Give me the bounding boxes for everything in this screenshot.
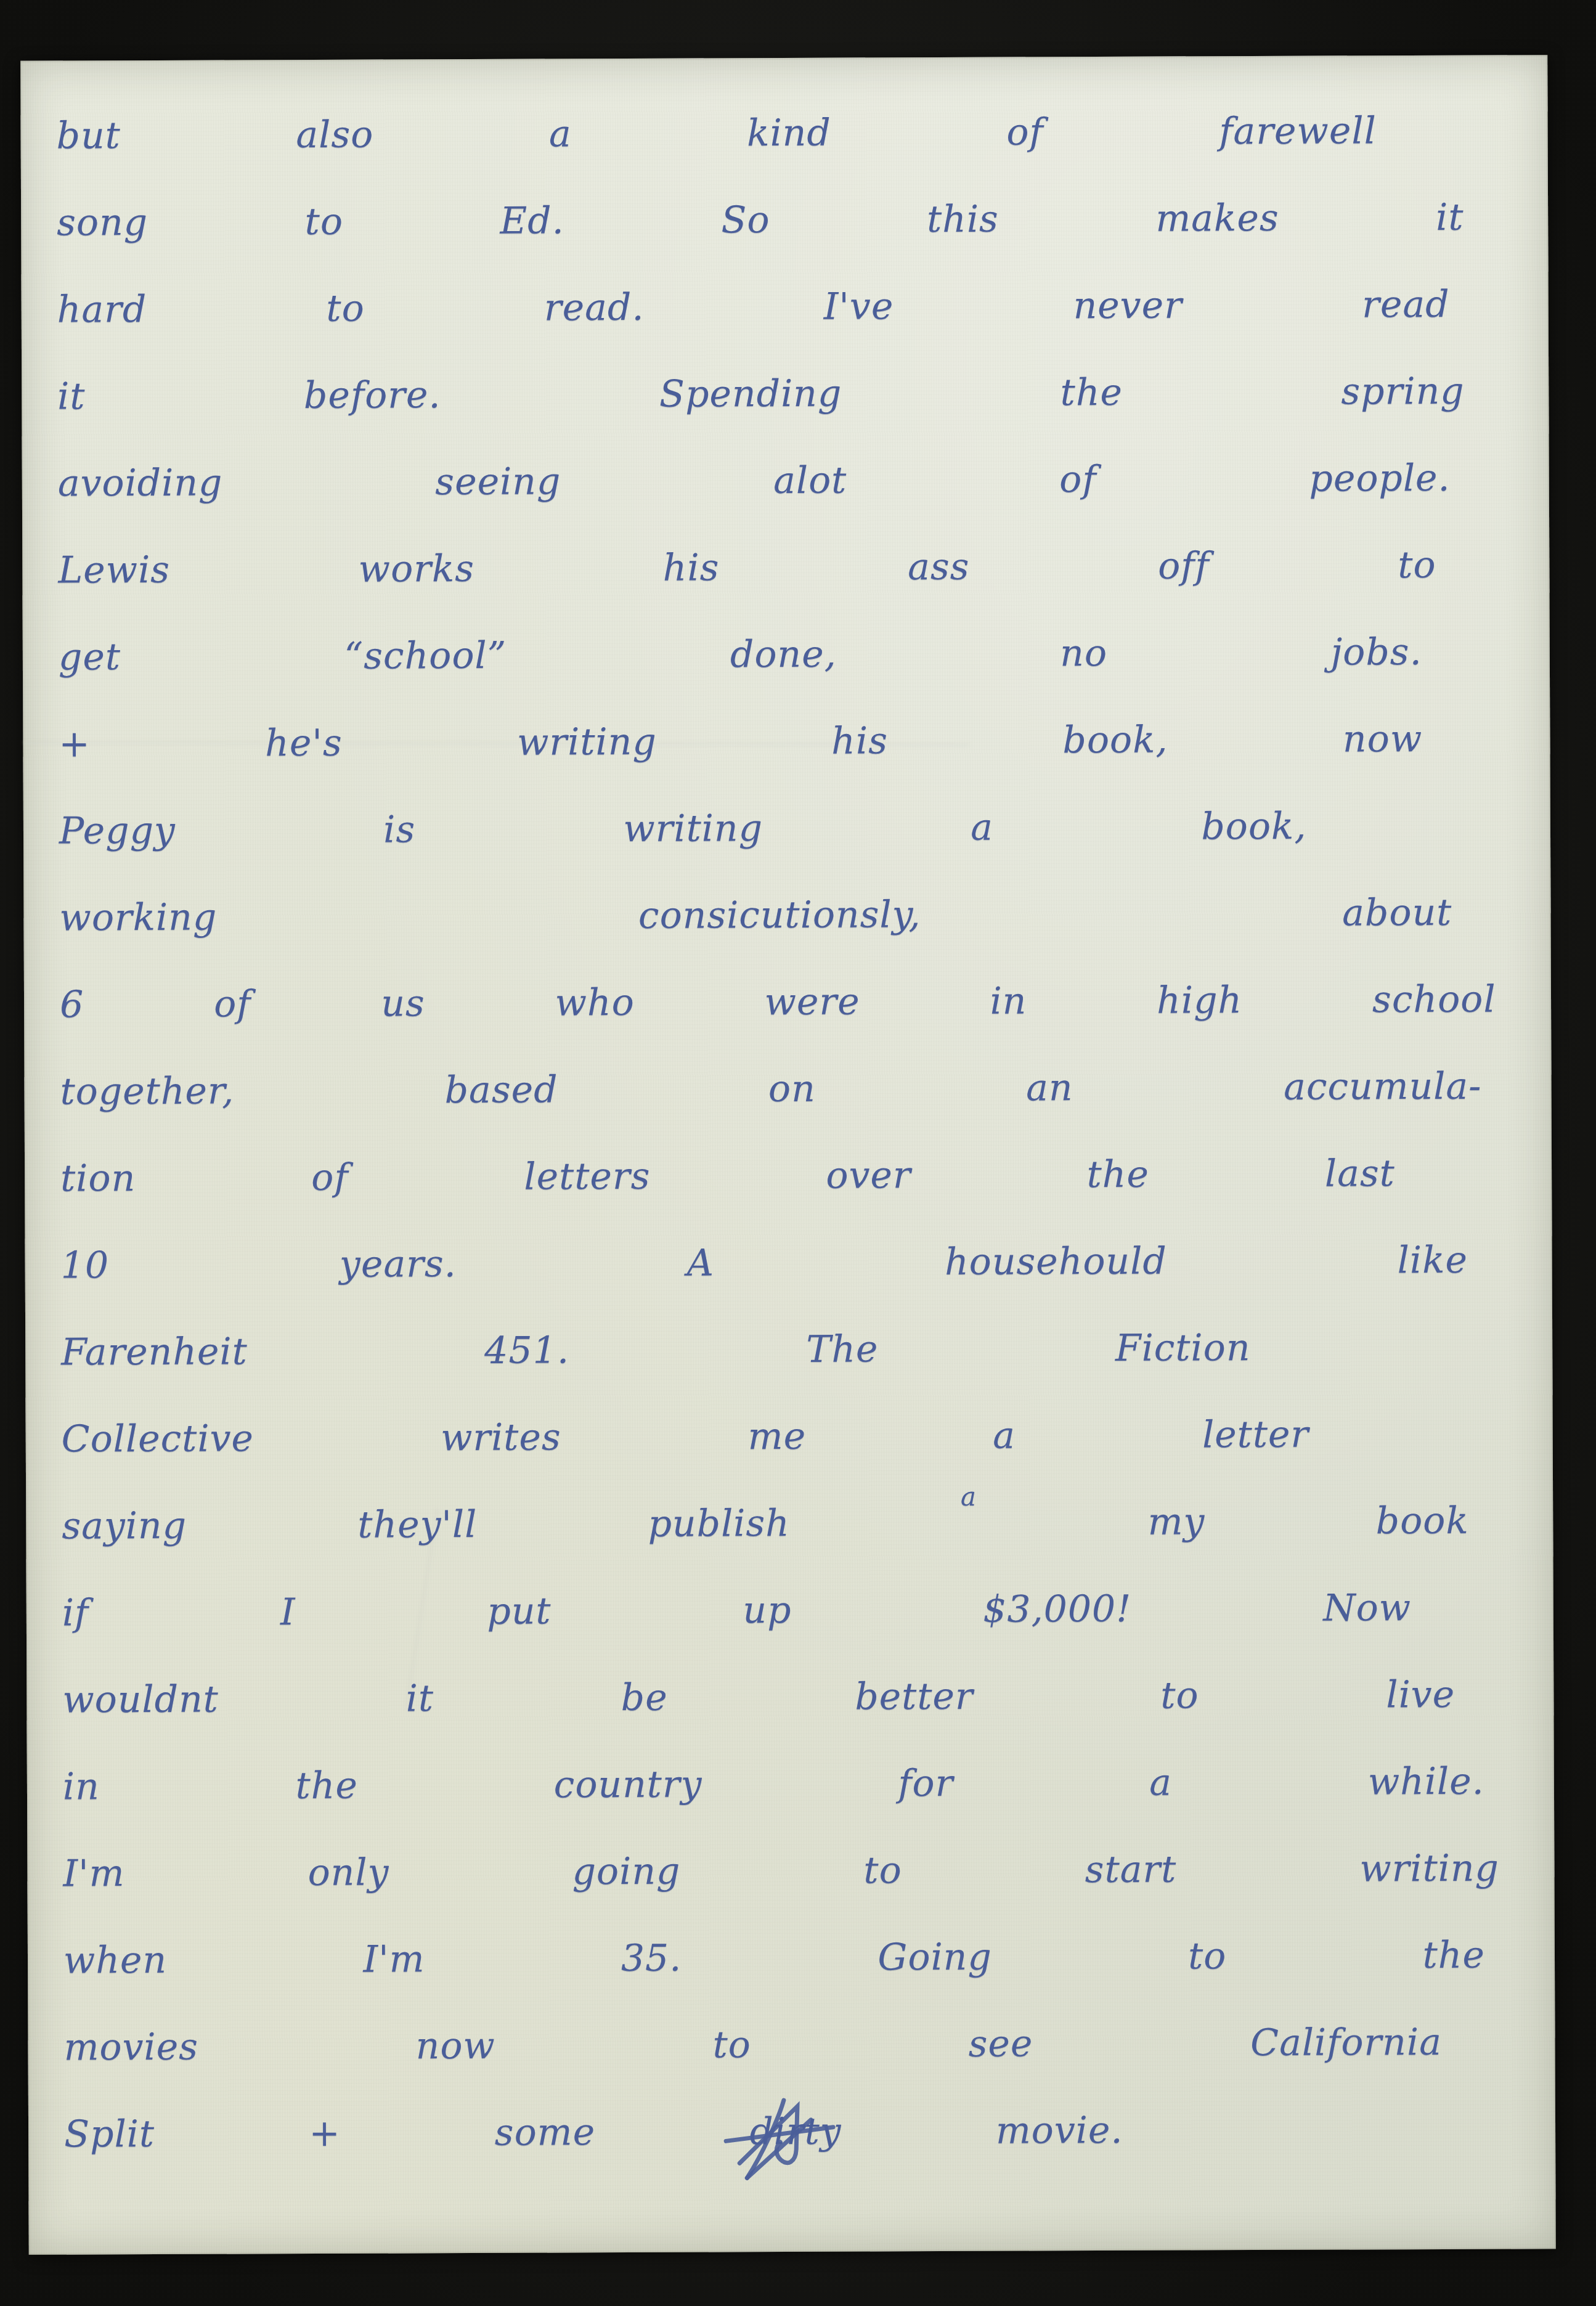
handwritten-line: movies now to see California xyxy=(63,1999,1442,2092)
handwritten-line: in the country for a while. xyxy=(63,1738,1484,1831)
handwritten-line: working consicutionsly, about xyxy=(59,870,1452,962)
handwritten-line: when I'm 35. Going to the xyxy=(63,1912,1485,2005)
handwritten-line: song to Ed. So this makes it xyxy=(57,174,1464,267)
handwritten-line: Lewis works his ass off to xyxy=(58,522,1436,614)
line-segment: saying they'll publish xyxy=(62,1502,790,1548)
handwritten-line: avoiding seeing alot of people. xyxy=(58,435,1451,528)
handwritten-line: Split + some dirty movie. xyxy=(64,2087,1123,2178)
handwritten-line: together, based on an accumula- xyxy=(60,1043,1481,1136)
handwritten-line: I'm only going to start writing xyxy=(63,1825,1499,1918)
handwritten-line: 10 years. A househould like xyxy=(60,1217,1468,1310)
line-segment: my book xyxy=(1147,1499,1468,1544)
handwritten-line: Collective writes me a letter xyxy=(61,1391,1309,1483)
handwritten-line: tion of letters over the last xyxy=(60,1130,1395,1222)
inserted-word-above-line: a xyxy=(961,1481,977,1512)
handwritten-line: hard to read. I've never read xyxy=(57,261,1449,354)
letter-page: but also a kind of farewell song to Ed. … xyxy=(20,55,1556,2254)
handwritten-line: if I put up $3,000! Now xyxy=(62,1565,1412,1656)
handwritten-line: Peggy is writing a book, xyxy=(59,783,1307,875)
handwritten-line: wouldnt it be better to live xyxy=(62,1652,1455,1744)
handwritten-line: + he's writing his book, now xyxy=(59,696,1422,788)
handwritten-line: but also a kind of farewell xyxy=(56,88,1377,179)
handwritten-line: Farenheit 451. The Fiction xyxy=(61,1305,1251,1396)
handwritten-line-with-insert: saying they'll publish a my book xyxy=(62,1478,1469,1570)
handwritten-line: get “school” done, no jobs. xyxy=(59,609,1422,701)
handwritten-text-block: but also a kind of farewell song to Ed. … xyxy=(56,88,1515,2255)
star-signature-doodle xyxy=(719,2096,842,2202)
handwritten-line: it before. Spending the spring xyxy=(57,348,1465,441)
handwritten-line: 6 of us who were in high school xyxy=(60,956,1496,1049)
